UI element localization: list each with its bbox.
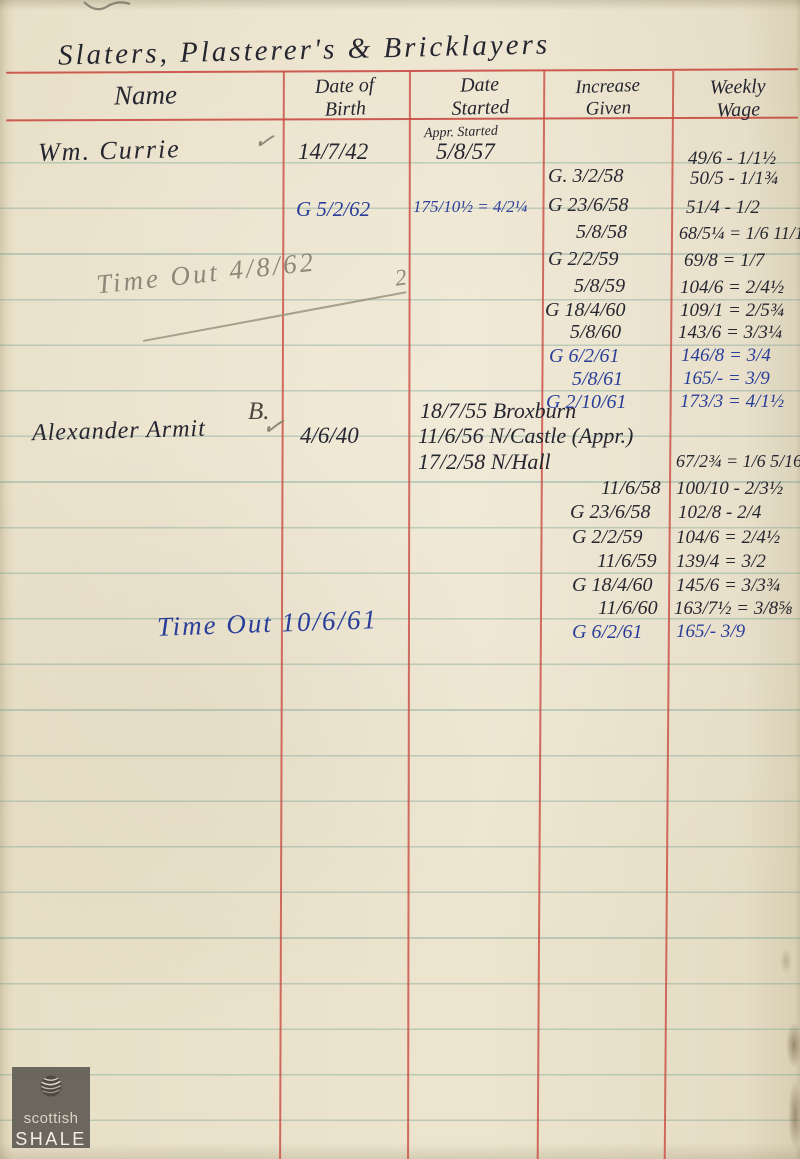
column-header-wage-line1: Weekly <box>687 75 788 101</box>
currie-wage-4: 104/6 = 2/4½ <box>680 278 784 297</box>
currie-name: Wm. Currie <box>38 136 181 166</box>
armit-increase-0: 11/6/58 <box>601 478 661 498</box>
armit-wage-3: 139/4 = 3/2 <box>676 552 766 571</box>
currie-increase-3: G 2/2/59 <box>548 249 619 269</box>
armit-wage-5: 163/7½ = 3/8⅝ <box>674 599 792 618</box>
armit-increase-5: 11/6/60 <box>598 598 658 618</box>
column-header-started-line2: Started <box>428 95 533 122</box>
column-header-name: Name <box>88 79 204 112</box>
armit-dob: 4/6/40 <box>300 424 359 447</box>
currie-wage-6: 143/6 = 3/3¼ <box>678 323 782 342</box>
column-header-started: Date Started <box>427 72 533 122</box>
currie-dob: 14/7/42 <box>298 140 368 163</box>
currie-checkmark-icon: ✓ <box>252 128 276 155</box>
paper-stain <box>780 948 792 974</box>
column-header-wage: Weekly Wage <box>687 75 788 124</box>
currie-increase-0: G. 3/2/58 <box>548 166 624 186</box>
column-header-name-label: Name <box>88 79 204 112</box>
page-title: Slaters, Plasterer's & Bricklayers <box>58 30 551 70</box>
currie-wage-1: 51/4 - 1/2 <box>686 198 760 217</box>
armit-name: Alexander Armit <box>32 417 206 446</box>
column-header-dob-line2: Birth <box>295 96 396 122</box>
armit-wage-2: 104/6 = 2/4½ <box>676 528 780 547</box>
currie-increase-5: G 18/4/60 <box>545 300 626 320</box>
column-header-increase-line2: Given <box>555 96 662 122</box>
pencil-squiggle-icon <box>82 0 132 16</box>
paper-stain <box>788 1080 800 1150</box>
currie-blue-dob-note: G 5/2/62 <box>296 199 370 220</box>
currie-wage-0: 50/5 - 1/1¾ <box>690 169 778 188</box>
currie-increase-1: G 23/6/58 <box>548 195 629 215</box>
currie-blue-started-note: 175/10½ = 4/2¼ <box>413 198 527 215</box>
armit-increase-1: G 23/6/58 <box>570 502 651 522</box>
watermark-text-shale: SHALE <box>15 1130 87 1148</box>
armit-wage-0: 100/10 - 2/3½ <box>676 479 783 498</box>
armit-increase-4: G 18/4/60 <box>572 575 653 595</box>
column-header-wage-line2: Wage <box>688 98 789 124</box>
armit-started-1: 18/7/55 Broxburn <box>420 400 576 422</box>
currie-wage-8: 165/- = 3/9 <box>683 369 770 388</box>
armit-checkmark-icon: ✓ <box>260 412 286 441</box>
armit-increase-2: G 2/2/59 <box>572 527 643 547</box>
currie-increase-7: G 6/2/61 <box>549 346 620 366</box>
currie-wage-7: 146/8 = 3/4 <box>681 346 771 365</box>
armit-increase-3: 11/6/59 <box>597 551 657 571</box>
currie-increase-2: 5/8/58 <box>576 222 627 242</box>
armit-wage-initial: 67/2¾ = 1/6 5/16 <box>676 452 800 470</box>
ledger-page: Slaters, Plasterer's & Bricklayers Name … <box>0 0 800 1159</box>
armit-increase-6: G 6/2/61 <box>572 622 643 642</box>
currie-increase-8: 5/8/61 <box>572 369 623 389</box>
currie-wage-2: 68/5¼ = 1/6 11/16 <box>679 224 800 242</box>
armit-wage-6: 165/- 3/9 <box>676 622 745 641</box>
column-header-dob: Date of Birth <box>294 73 396 122</box>
currie-wage-5: 109/1 = 2/5¾ <box>680 301 784 320</box>
column-header-increase: Increase Given <box>554 74 661 122</box>
currie-increase-4: 5/8/59 <box>574 276 625 296</box>
watermark-text-scottish: scottish <box>24 1111 79 1126</box>
armit-wage-1: 102/8 - 2/4 <box>678 503 761 522</box>
armit-started-2: 11/6/56 N/Castle (Appr.) <box>418 425 633 447</box>
armit-started-3: 17/2/58 N/Hall <box>418 451 551 473</box>
currie-date-started: 5/8/57 <box>436 140 495 163</box>
currie-increase-6: 5/8/60 <box>570 322 621 342</box>
scottish-shale-watermark: scottish SHALE <box>12 1067 90 1148</box>
currie-wage-9: 173/3 = 4/1½ <box>680 392 784 411</box>
currie-wage-3: 69/8 = 1/7 <box>684 251 764 270</box>
armit-wage-4: 145/6 = 3/3¾ <box>676 576 780 595</box>
globe-icon <box>33 1072 69 1100</box>
paper-stain <box>786 1022 800 1068</box>
currie-wage-initial: 49/6 - 1/1½ <box>688 149 776 168</box>
